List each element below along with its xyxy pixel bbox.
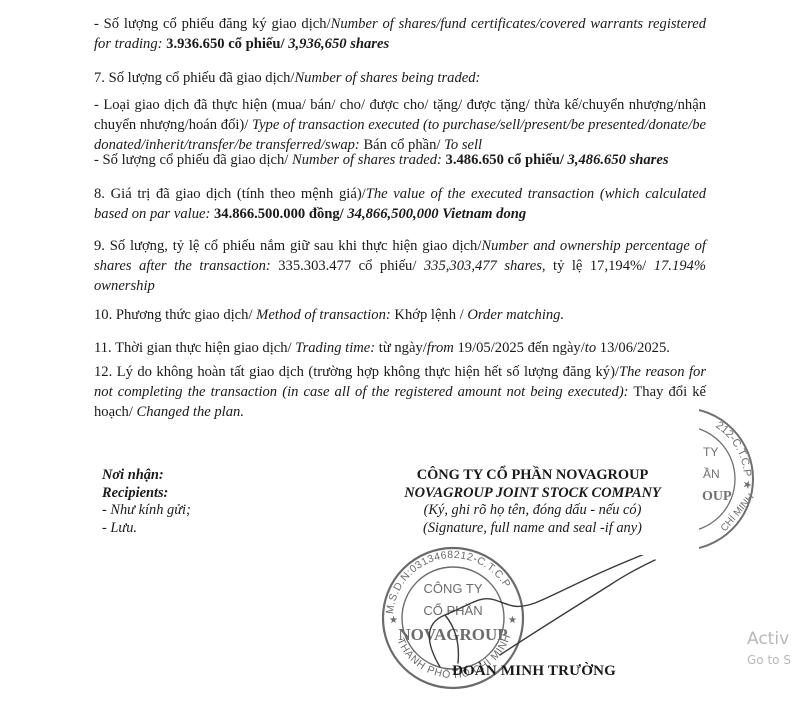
to-label-vi: đến ngày/ — [524, 340, 585, 356]
company-name-en: NOVAGROUP JOINT STOCK COMPANY — [380, 485, 685, 503]
item-11-trading-time: 11. Thời gian thực hiện giao dịch/ Tradi… — [94, 338, 706, 358]
to-label-en: to — [585, 340, 596, 356]
ownership-ratio-vi: , tỷ lệ 17,194%/ — [542, 258, 646, 274]
item-7-heading-en: Number of shares being traded: — [294, 70, 480, 86]
item-7-heading-vi: 7. Số lượng cổ phiếu đã giao dịch/ — [94, 70, 294, 86]
transaction-value-en: 34,866,500,000 Vietnam dong — [344, 206, 526, 222]
recipient-item: - Lưu. — [102, 520, 191, 538]
shares-traded-label-vi: - Số lượng cổ phiếu đã giao dịch/ — [94, 152, 288, 168]
from-label-en: from — [427, 340, 454, 356]
shares-traded-value-en: 3,486.650 shares — [564, 152, 669, 168]
recipients-heading-en: Recipients: — [102, 485, 191, 503]
handwritten-signature-icon — [400, 555, 660, 675]
shares-traded-label-en: Number of shares traded: — [288, 152, 442, 168]
transaction-value-label-vi: 8. Giá trị đã giao dịch (tính theo mệnh … — [94, 186, 366, 202]
from-date: 19/05/2025 — [454, 340, 524, 356]
item-9-ownership-after: 9. Số lượng, tỷ lệ cổ phiếu nắm giữ sau … — [94, 236, 706, 296]
shares-traded-value-vi: 3.486.650 cổ phiếu/ — [442, 152, 564, 168]
svg-text:ẦN: ẦN — [703, 466, 720, 481]
watermark-line-1: Activ — [747, 629, 791, 649]
method-label-en: Method of transaction: — [253, 307, 391, 323]
svg-text:TY: TY — [703, 445, 718, 459]
recipients-block: Nơi nhận: Recipients: - Như kính gửi; - … — [102, 467, 191, 537]
shares-held-value-vi: 335.303.477 cổ phiếu/ — [271, 258, 417, 274]
item-8-transaction-value: 8. Giá trị đã giao dịch (tính theo mệnh … — [94, 184, 706, 224]
from-label-vi: từ ngày/ — [375, 340, 427, 356]
trading-time-label-vi: 11. Thời gian thực hiện giao dịch/ — [94, 340, 292, 356]
item-7-heading: 7. Số lượng cổ phiếu đã giao dịch/Number… — [94, 68, 706, 88]
transaction-value-vi: 34.866.500.000 đồng/ — [210, 206, 343, 222]
registered-shares-value-en: 3,936,650 shares — [285, 36, 390, 52]
method-label-vi: 10. Phương thức giao dịch/ — [94, 307, 253, 323]
transaction-type-line: - Loại giao dịch đã thực hiện (mua/ bán/… — [94, 95, 706, 155]
trading-time-label-en: Trading time: — [292, 340, 376, 356]
shares-held-value-en: 335,303,477 shares — [416, 258, 542, 274]
signature-note-en: (Signature, full name and seal -if any) — [380, 520, 685, 538]
shares-traded-line: - Số lượng cổ phiếu đã giao dịch/ Number… — [94, 150, 706, 170]
method-value-en: Order matching. — [464, 307, 564, 323]
scanned-document-page: - Số lượng cổ phiếu đăng ký giao dịch/Nu… — [0, 0, 792, 705]
method-value-vi: Khớp lệnh / — [391, 307, 464, 323]
reason-label-vi: 12. Lý do không hoàn tất giao dịch (trườ… — [94, 364, 619, 380]
ownership-label-vi: 9. Số lượng, tỷ lệ cổ phiếu nắm giữ sau … — [94, 238, 481, 254]
recipient-item: - Như kính gửi; — [102, 502, 191, 520]
signature-note-vi: (Ký, ghi rõ họ tên, đóng dấu - nếu có) — [380, 502, 685, 520]
company-signature-block: CÔNG TY CỔ PHẦN NOVAGROUP NOVAGROUP JOIN… — [380, 467, 685, 537]
activate-windows-watermark: Activ Go to S — [747, 629, 791, 668]
company-name-vi: CÔNG TY CỔ PHẦN NOVAGROUP — [380, 467, 685, 485]
svg-text:★: ★ — [389, 615, 398, 626]
registered-shares-value-vi: 3.936.650 cổ phiếu/ — [163, 36, 285, 52]
watermark-line-2: Go to S — [747, 652, 791, 668]
reason-value-en: Changed the plan. — [133, 404, 244, 420]
signer-name: ĐOÀN MINH TRƯỜNG — [452, 663, 616, 680]
item-10-method: 10. Phương thức giao dịch/ Method of tra… — [94, 305, 706, 325]
recipients-heading-vi: Nơi nhận: — [102, 467, 191, 485]
to-date: 13/06/2025. — [596, 340, 670, 356]
registered-shares-line: - Số lượng cổ phiếu đăng ký giao dịch/Nu… — [94, 14, 706, 54]
svg-text:OUP: OUP — [702, 489, 732, 504]
label-vi: - Số lượng cổ phiếu đăng ký giao dịch/ — [94, 16, 331, 32]
